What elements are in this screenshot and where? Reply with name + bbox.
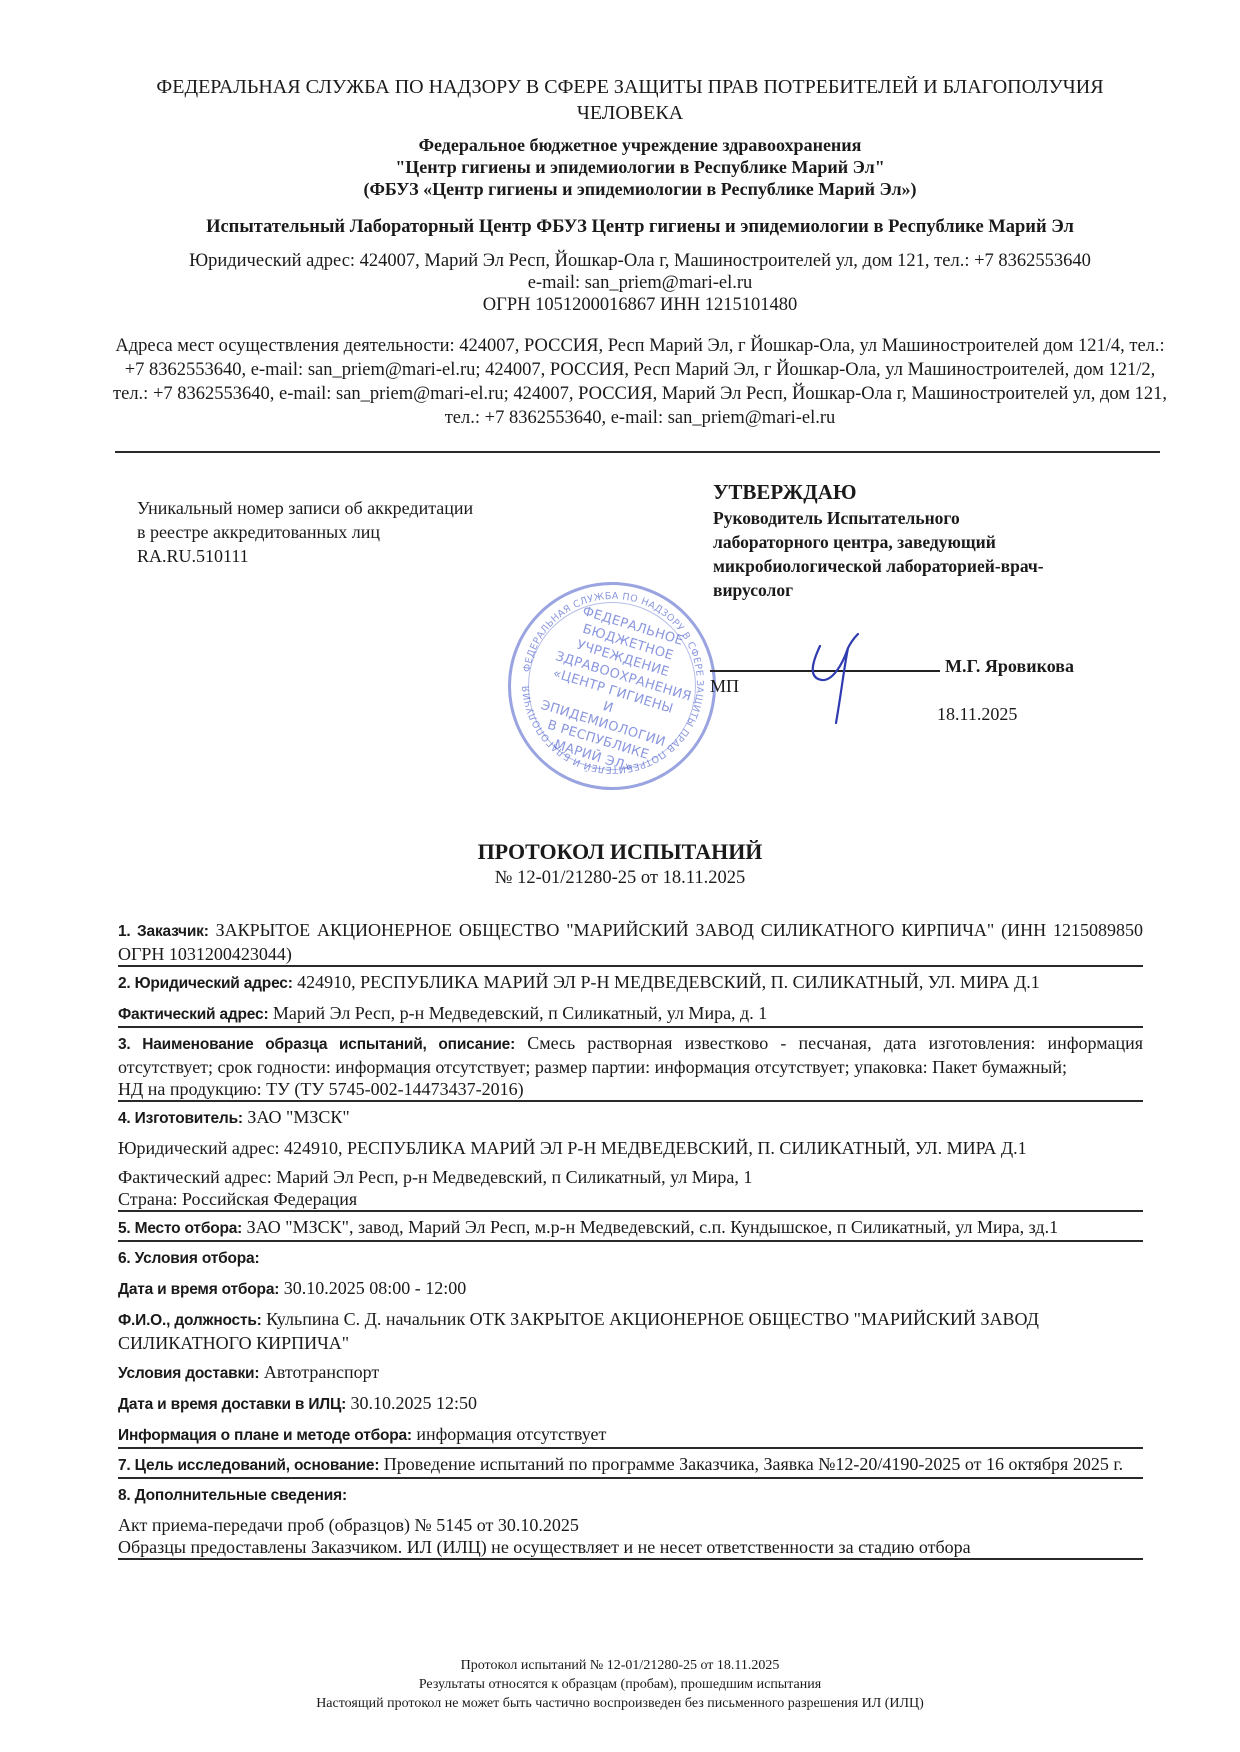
section-purpose: 7. Цель исследований, основание: Проведе… bbox=[118, 1449, 1143, 1479]
accreditation-block: Уникальный номер записи об аккредитации … bbox=[137, 496, 577, 568]
page-footer: Протокол испытаний № 12-01/21280-25 от 1… bbox=[0, 1656, 1240, 1713]
footer-results-note: Результаты относятся к образцам (пробам)… bbox=[0, 1675, 1240, 1694]
approver-position: Руководитель Испытательного bbox=[713, 506, 1133, 530]
approval-date: 18.11.2025 bbox=[937, 704, 1017, 725]
customer-actual-address: Марий Эл Респ, р-н Медведевский, п Силик… bbox=[273, 1003, 767, 1023]
agency-name: ФЕДЕРАЛЬНАЯ СЛУЖБА ПО НАДЗОРУ В СФЕРЕ ЗА… bbox=[110, 74, 1150, 126]
email: e-mail: san_priem@mari-el.ru bbox=[100, 272, 1180, 294]
transfer-act: Акт приема-передачи проб (образцов) № 51… bbox=[118, 1514, 1143, 1536]
section-customer: 1. Заказчик: ЗАКРЫТОЕ АКЦИОНЕРНОЕ ОБЩЕСТ… bbox=[118, 915, 1143, 967]
sampling-plan-info: информация отсутствует bbox=[416, 1424, 606, 1444]
signer-name: М.Г. Яровикова bbox=[945, 656, 1074, 677]
accreditation-line: Уникальный номер записи об аккредитации bbox=[137, 496, 577, 520]
activity-addresses: Адреса мест осуществления деятельности: … bbox=[110, 334, 1170, 430]
approver-position: вирусолог bbox=[713, 578, 1133, 602]
accreditation-line: в реестре аккредитованных лиц bbox=[137, 520, 577, 544]
manufacturer-legal-address: Юридический адрес: 424910, РЕСПУБЛИКА МА… bbox=[118, 1137, 1143, 1159]
footer-reproduction-note: Настоящий протокол не может быть частичн… bbox=[0, 1694, 1240, 1713]
institution-name: Федеральное бюджетное учреждение здравоо… bbox=[110, 134, 1170, 200]
approval-block: УТВЕРЖДАЮ Руководитель Испытательного ла… bbox=[713, 478, 1133, 602]
customer-name: ЗАКРЫТОЕ АКЦИОНЕРНОЕ ОБЩЕСТВО "МАРИЙСКИЙ… bbox=[118, 920, 1143, 964]
sampling-responsibility-note: Образцы предоставлены Заказчиком. ИЛ (ИЛ… bbox=[118, 1536, 1143, 1558]
product-standard: НД на продукцию: ТУ (ТУ 5745-002-1447343… bbox=[118, 1078, 1143, 1100]
section-sample: 3. Наименование образца испытаний, описа… bbox=[118, 1028, 1143, 1102]
sampling-datetime: 30.10.2025 08:00 - 12:00 bbox=[284, 1278, 467, 1298]
manufacturer-name: ЗАО "МЗСК" bbox=[247, 1107, 349, 1127]
seal-mark: МП bbox=[710, 676, 739, 697]
legal-address: Юридический адрес: 424007, Марий Эл Респ… bbox=[100, 250, 1180, 272]
section-manufacturer: 4. Изготовитель: ЗАО "МЗСК" Юридический … bbox=[118, 1102, 1143, 1212]
laboratory-name: Испытательный Лабораторный Центр ФБУЗ Це… bbox=[100, 216, 1180, 238]
field-label: Условия доставки: bbox=[118, 1365, 259, 1382]
manufacturer-actual-address: Фактический адрес: Марий Эл Респ, р-н Ме… bbox=[118, 1166, 1143, 1188]
accreditation-number: RA.RU.510111 bbox=[137, 544, 577, 568]
footer-protocol-ref: Протокол испытаний № 12-01/21280-25 от 1… bbox=[0, 1656, 1240, 1675]
section-label: 4. Изготовитель: bbox=[118, 1110, 243, 1127]
section-sampling-conditions: 6. Условия отбора: Дата и время отбора: … bbox=[118, 1242, 1143, 1449]
section-label: 1. Заказчик: bbox=[118, 923, 209, 940]
protocol-number: № 12-01/21280-25 от 18.11.2025 bbox=[0, 866, 1240, 890]
institution-line: "Центр гигиены и эпидемиологии в Республ… bbox=[110, 156, 1170, 178]
header-divider bbox=[115, 451, 1160, 453]
field-label: Ф.И.О., должность: bbox=[118, 1312, 262, 1329]
approval-title: УТВЕРЖДАЮ bbox=[713, 478, 1133, 506]
section-label: 2. Юридический адрес: bbox=[118, 975, 293, 992]
institution-line: Федеральное бюджетное учреждение здравоо… bbox=[110, 134, 1170, 156]
delivery-datetime: 30.10.2025 12:50 bbox=[351, 1393, 478, 1413]
field-label: Дата и время доставки в ИЛЦ: bbox=[118, 1396, 346, 1413]
legal-info: Юридический адрес: 424007, Марий Эл Респ… bbox=[100, 250, 1180, 316]
protocol-sections: 1. Заказчик: ЗАКРЫТОЕ АКЦИОНЕРНОЕ ОБЩЕСТ… bbox=[118, 915, 1143, 1560]
institution-line: (ФБУЗ «Центр гигиены и эпидемиологии в Р… bbox=[110, 178, 1170, 200]
research-purpose: Проведение испытаний по программе Заказч… bbox=[384, 1454, 1123, 1474]
section-legal-address: 2. Юридический адрес: 424910, РЕСПУБЛИКА… bbox=[118, 967, 1143, 1028]
field-label: Дата и время отбора: bbox=[118, 1281, 279, 1298]
registration-numbers: ОГРН 1051200016867 ИНН 1215101480 bbox=[100, 294, 1180, 316]
manufacturer-country: Страна: Российская Федерация bbox=[118, 1188, 1143, 1210]
section-additional-info: 8. Дополнительные сведения: Акт приема-п… bbox=[118, 1479, 1143, 1560]
delivery-conditions: Автотранспорт bbox=[264, 1362, 379, 1382]
section-label: 7. Цель исследований, основание: bbox=[118, 1457, 379, 1474]
handwritten-signature-icon bbox=[800, 628, 890, 728]
approver-position: микробиологической лабораторией-врач- bbox=[713, 554, 1133, 578]
section-label: 5. Место отбора: bbox=[118, 1220, 242, 1237]
approver-position: лабораторного центра, заведующий bbox=[713, 530, 1133, 554]
section-label: 8. Дополнительные сведения: bbox=[118, 1487, 347, 1504]
section-label: 6. Условия отбора: bbox=[118, 1250, 259, 1267]
section-label: 3. Наименование образца испытаний, описа… bbox=[118, 1036, 515, 1053]
protocol-title: ПРОТОКОЛ ИСПЫТАНИЙ bbox=[0, 838, 1240, 866]
customer-legal-address: 424910, РЕСПУБЛИКА МАРИЙ ЭЛ Р-Н МЕДВЕДЕВ… bbox=[297, 972, 1040, 992]
field-label: Фактический адрес: bbox=[118, 1006, 268, 1023]
sampling-place: ЗАО "МЗСК", завод, Марий Эл Респ, м.р-н … bbox=[247, 1217, 1059, 1237]
field-label: Информация о плане и методе отбора: bbox=[118, 1427, 412, 1444]
section-sampling-place: 5. Место отбора: ЗАО "МЗСК", завод, Мари… bbox=[118, 1212, 1143, 1242]
